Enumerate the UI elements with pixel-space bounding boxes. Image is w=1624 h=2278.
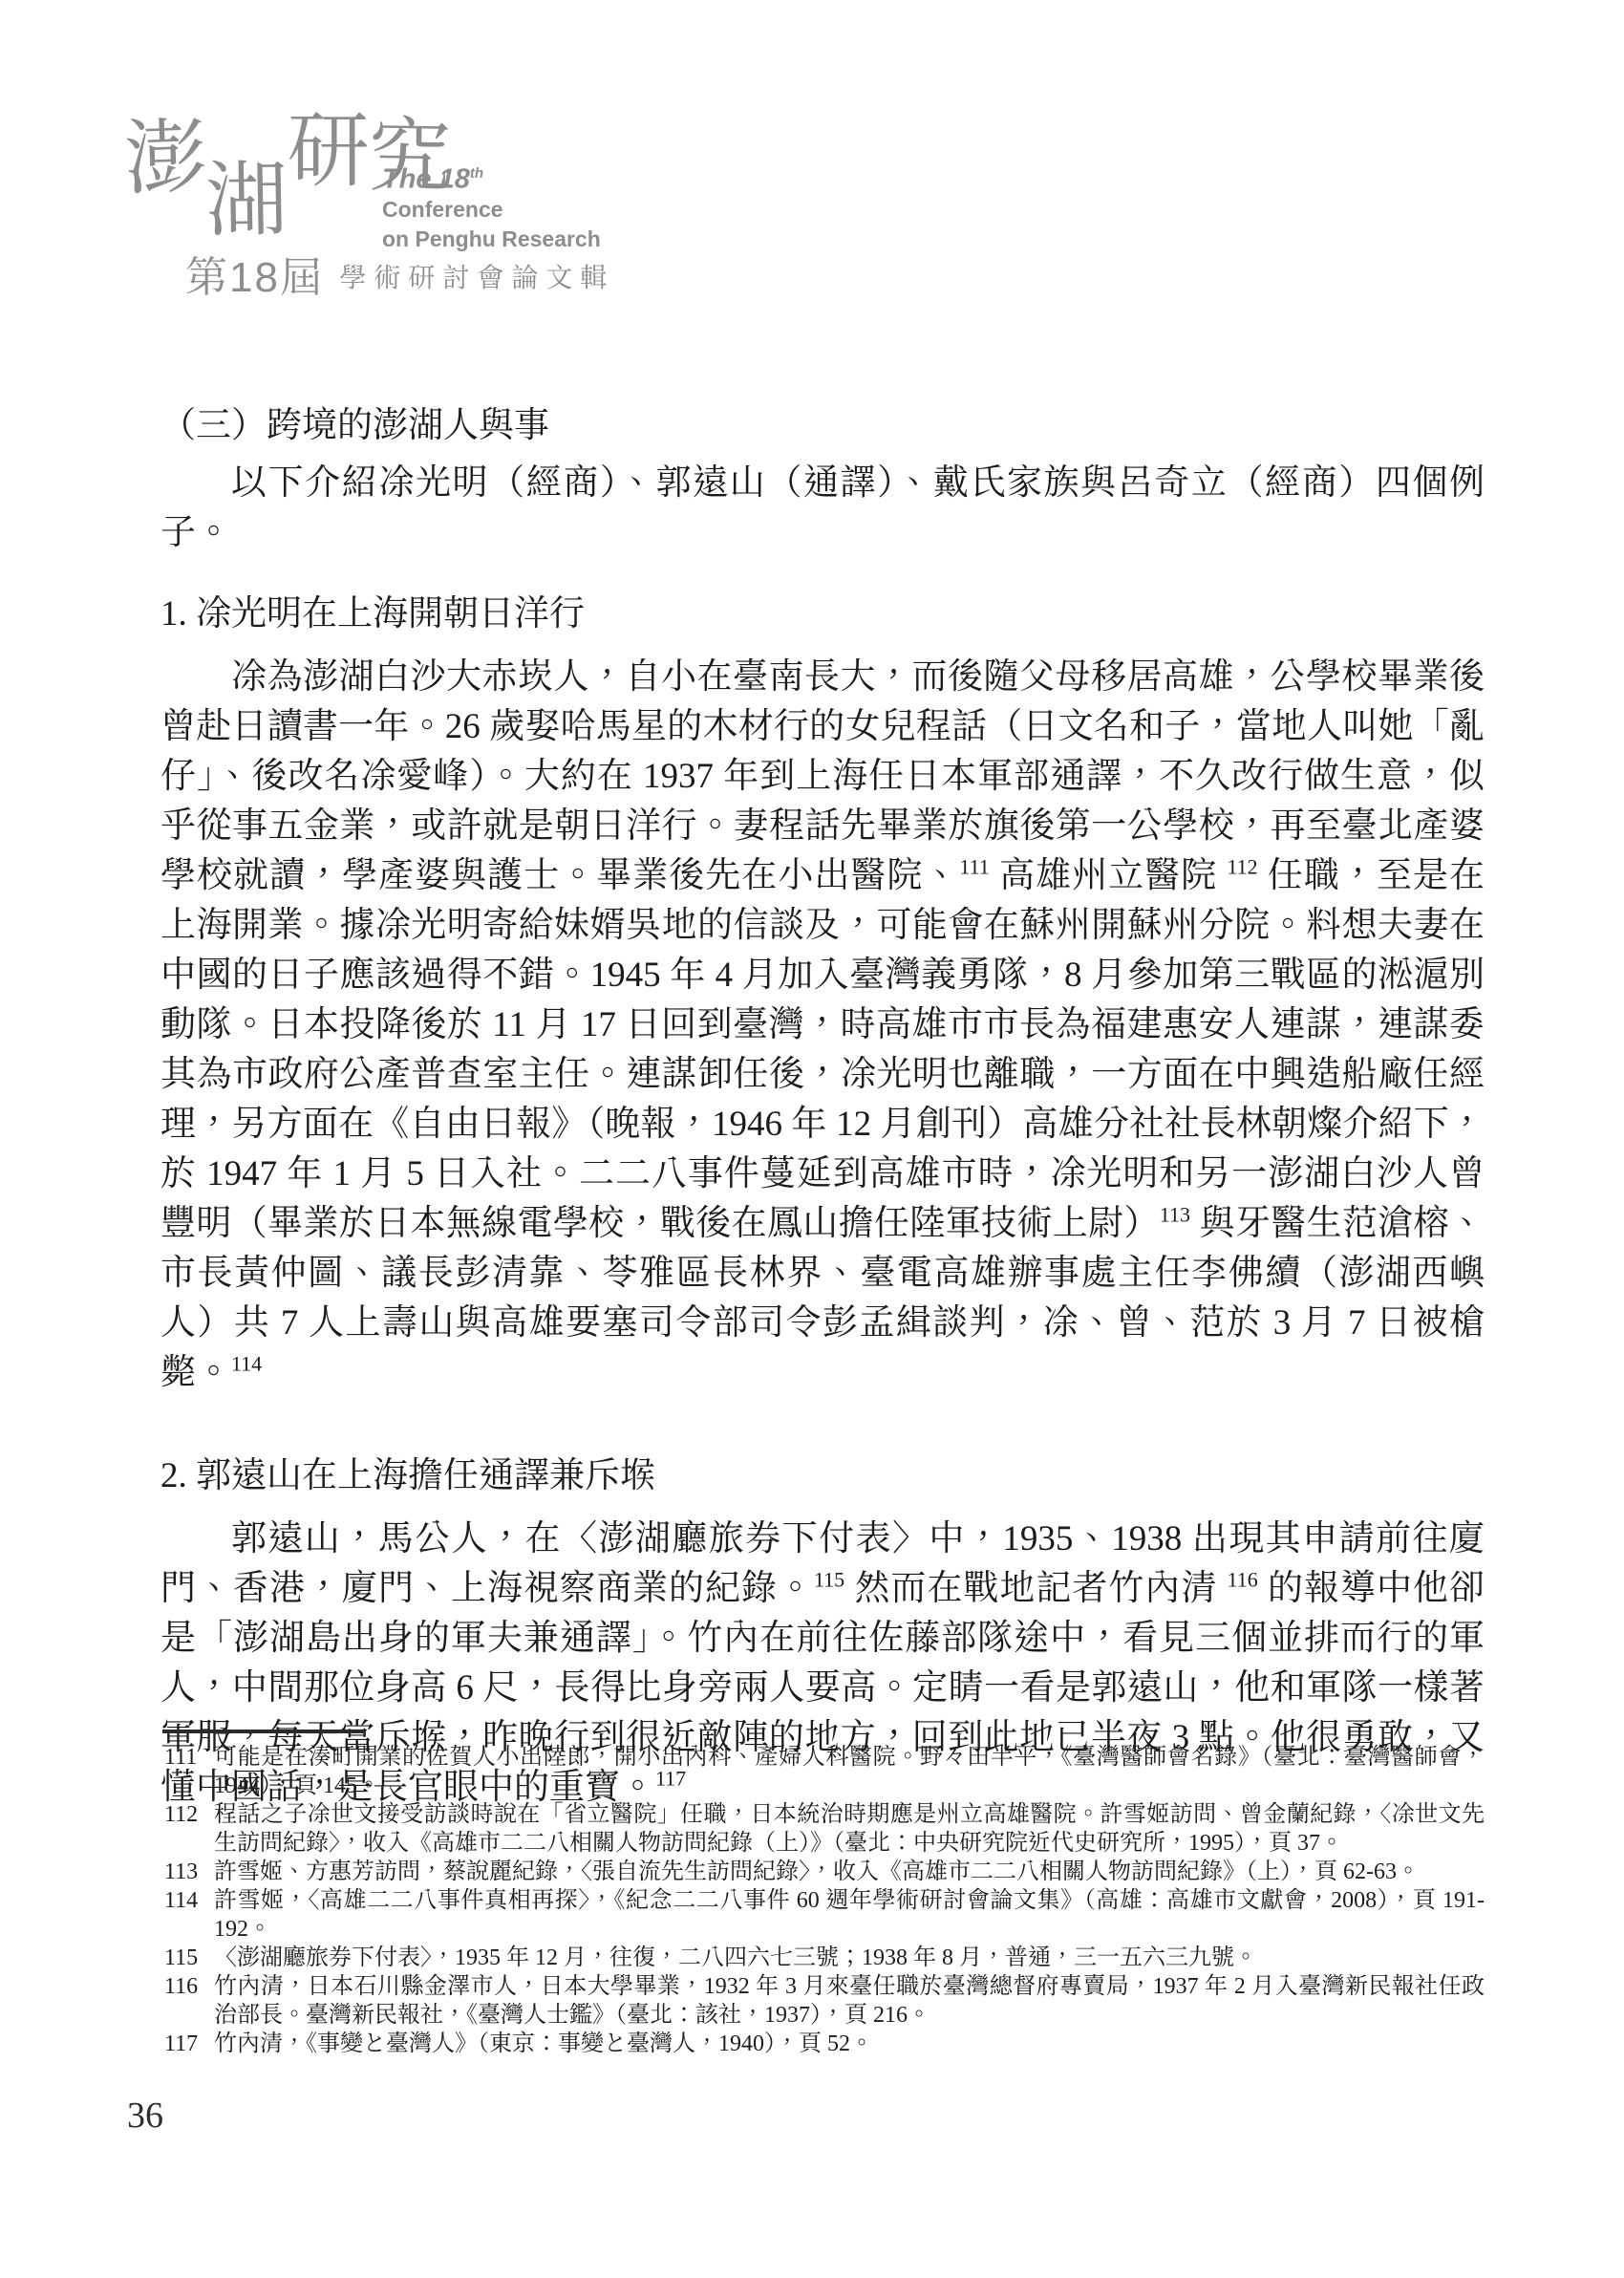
subsection-1-paragraph: 凃為澎湖白沙大赤崁人，自小在臺南長大，而後隨父母移居高雄，公學校畢業後曾赴日讀書… xyxy=(160,653,1485,1398)
footnote-item: 111 可能是在湊町開業的佐賀人小出陸郎，開小出內科、產婦人科醫院。野々田半平，… xyxy=(164,1743,1485,1800)
footnote-text: 〈澎湖廳旅券下付表〉，1935 年 12 月，往復，二八四六七三號；1938 年… xyxy=(214,1944,1485,1972)
footnote-text: 竹內清，《事變と臺灣人》（東京：事變と臺灣人，1940），頁 52。 xyxy=(214,2030,1485,2058)
footnote-item: 115 〈澎湖廳旅券下付表〉，1935 年 12 月，往復，二八四六七三號；19… xyxy=(164,1944,1485,1972)
text-run: 高雄州立醫院 xyxy=(990,856,1228,895)
footnote-number: 112 xyxy=(164,1800,214,1858)
footnote-text: 可能是在湊町開業的佐賀人小出陸郎，開小出內科、產婦人科醫院。野々田半平，《臺灣醫… xyxy=(214,1743,1485,1800)
conference-edition-english: The 18th xyxy=(382,161,601,193)
text-run: 任職，至是在上海開業。據凃光明寄給妹婿吳地的信談及，可能會在蘇州開蘇州分院。料想… xyxy=(160,856,1485,1243)
footnote-ref-115: 115 xyxy=(814,1568,844,1592)
conference-word-line: Conference xyxy=(382,196,601,223)
footnote-item: 112 程話之子凃世文接受訪談時說在「省立醫院」任職，日本統治時期應是州立高雄醫… xyxy=(164,1800,1485,1858)
proceedings-title-chinese: 學術研討會論文輯 xyxy=(339,263,614,292)
footnote-item: 117 竹內清，《事變と臺灣人》（東京：事變と臺灣人，1940），頁 52。 xyxy=(164,2030,1485,2058)
edition-number-chinese: 第18屆 xyxy=(185,254,324,301)
edition-number-text: The 18 xyxy=(382,164,470,195)
footnote-ref-114: 114 xyxy=(231,1352,262,1376)
logo-char-peng: 澎 xyxy=(122,91,195,211)
footnote-item: 113 許雪姬、方惠芳訪問，蔡說麗紀錄，〈張自流先生訪問紀錄〉，收入《高雄市二二… xyxy=(164,1858,1485,1886)
footnote-number: 117 xyxy=(164,2030,214,2058)
footnote-text: 程話之子凃世文接受訪談時說在「省立醫院」任職，日本統治時期應是州立高雄醫院。許雪… xyxy=(214,1800,1485,1858)
footnote-ref-113: 113 xyxy=(1160,1203,1190,1227)
footnote-ref-112: 112 xyxy=(1227,855,1257,879)
footnote-separator-rule xyxy=(162,1730,365,1733)
conference-logo-english: The 18th Conference on Penghu Research xyxy=(382,161,601,252)
footnote-text: 竹內清，日本石川縣金澤市人，日本大學畢業，1932 年 3 月來臺任職於臺灣總督… xyxy=(214,1972,1485,2030)
footnote-text: 許雪姬，〈高雄二二八事件真相再探〉，《紀念二二八事件 60 週年學術研討會論文集… xyxy=(214,1886,1485,1944)
footnote-number: 113 xyxy=(164,1858,214,1886)
footnote-ref-111: 111 xyxy=(959,855,989,879)
subsection-1-heading: 1. 凃光明在上海開朝日洋行 xyxy=(160,590,1485,639)
footnote-number: 114 xyxy=(164,1886,214,1944)
page-number: 36 xyxy=(127,2095,163,2137)
text-run: 然而在戰地記者竹內清 xyxy=(844,1569,1227,1608)
footnote-item: 116 竹內清，日本石川縣金澤市人，日本大學畢業，1932 年 3 月來臺任職於… xyxy=(164,1972,1485,2030)
logo-char-yan: 研 xyxy=(288,84,356,203)
footnote-list: 111 可能是在湊町開業的佐賀人小出陸郎，開小出內科、產婦人科醫院。野々田半平，… xyxy=(164,1743,1485,2058)
footnote-number: 115 xyxy=(164,1944,214,1972)
section-heading: （三）跨境的澎湖人與事 xyxy=(160,401,1485,451)
footnote-number: 111 xyxy=(164,1743,214,1800)
document-page: 澎 湖 研 究 The 18th Conference on Penghu Re… xyxy=(0,0,1624,2278)
article-body: （三）跨境的澎湖人與事 以下介紹凃光明（經商）、郭遠山（通譯）、戴氏家族與呂奇立… xyxy=(160,401,1485,1813)
footnote-item: 114 許雪姬，〈高雄二二八事件真相再探〉，《紀念二二八事件 60 週年學術研討… xyxy=(164,1886,1485,1944)
footnote-ref-116: 116 xyxy=(1228,1568,1258,1592)
edition-ordinal-suffix: th xyxy=(470,165,483,182)
intro-paragraph: 以下介紹凃光明（經商）、郭遠山（通譯）、戴氏家族與呂奇立（經商）四個例子。 xyxy=(160,459,1485,558)
conference-logo-chinese: 第18屆 學術研討會論文輯 xyxy=(185,243,614,304)
footnote-text: 許雪姬、方惠芳訪問，蔡說麗紀錄，〈張自流先生訪問紀錄〉，收入《高雄市二二八相關人… xyxy=(214,1858,1485,1886)
subsection-2-heading: 2. 郭遠山在上海擔任通譯兼斥堠 xyxy=(160,1451,1485,1501)
logo-char-hu: 湖 xyxy=(204,133,275,252)
footnote-number: 116 xyxy=(164,1972,214,2030)
